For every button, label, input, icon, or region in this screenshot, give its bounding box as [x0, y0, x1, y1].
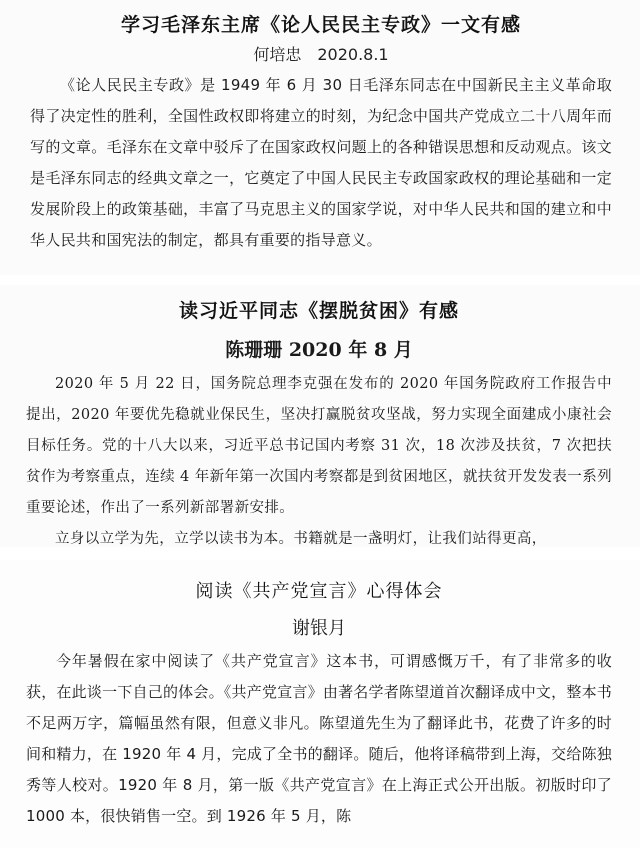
- article-title: 学习毛泽东主席《论人民民主专政》一文有感: [30, 10, 612, 40]
- article-poverty-essay: 读习近平同志《摆脱贫困》有感 陈珊珊 2020 年 8 月 2020 年 5 月…: [0, 285, 640, 547]
- article-mao-essay: 学习毛泽东主席《论人民民主专政》一文有感 何培忠 2020.8.1 《论人民民主…: [0, 0, 640, 275]
- article-byline: 陈珊珊 2020 年 8 月: [26, 331, 612, 369]
- article-byline: 何培忠 2020.8.1: [30, 40, 612, 70]
- article-title: 读习近平同志《摆脱贫困》有感: [26, 291, 612, 331]
- article-title: 阅读《共产党宣言》心得体会: [26, 572, 612, 612]
- article-byline: 谢银月: [26, 612, 612, 646]
- article-paragraph: 今年暑假在家中阅读了《共产党宣言》这本书，可谓感慨万千，有了非常多的收获，在此谈…: [26, 646, 612, 832]
- article-manifesto-essay: 阅读《共产党宣言》心得体会 谢银月 今年暑假在家中阅读了《共产党宣言》这本书，可…: [0, 560, 640, 848]
- section-divider: [0, 275, 640, 285]
- article-paragraph: 《论人民民主专政》是 1949 年 6 月 30 日毛泽东同志在中国新民主主义革…: [30, 70, 612, 256]
- section-divider: [0, 547, 640, 560]
- article-paragraph: 2020 年 5 月 22 日，国务院总理李克强在发布的 2020 年国务院政府…: [26, 369, 612, 524]
